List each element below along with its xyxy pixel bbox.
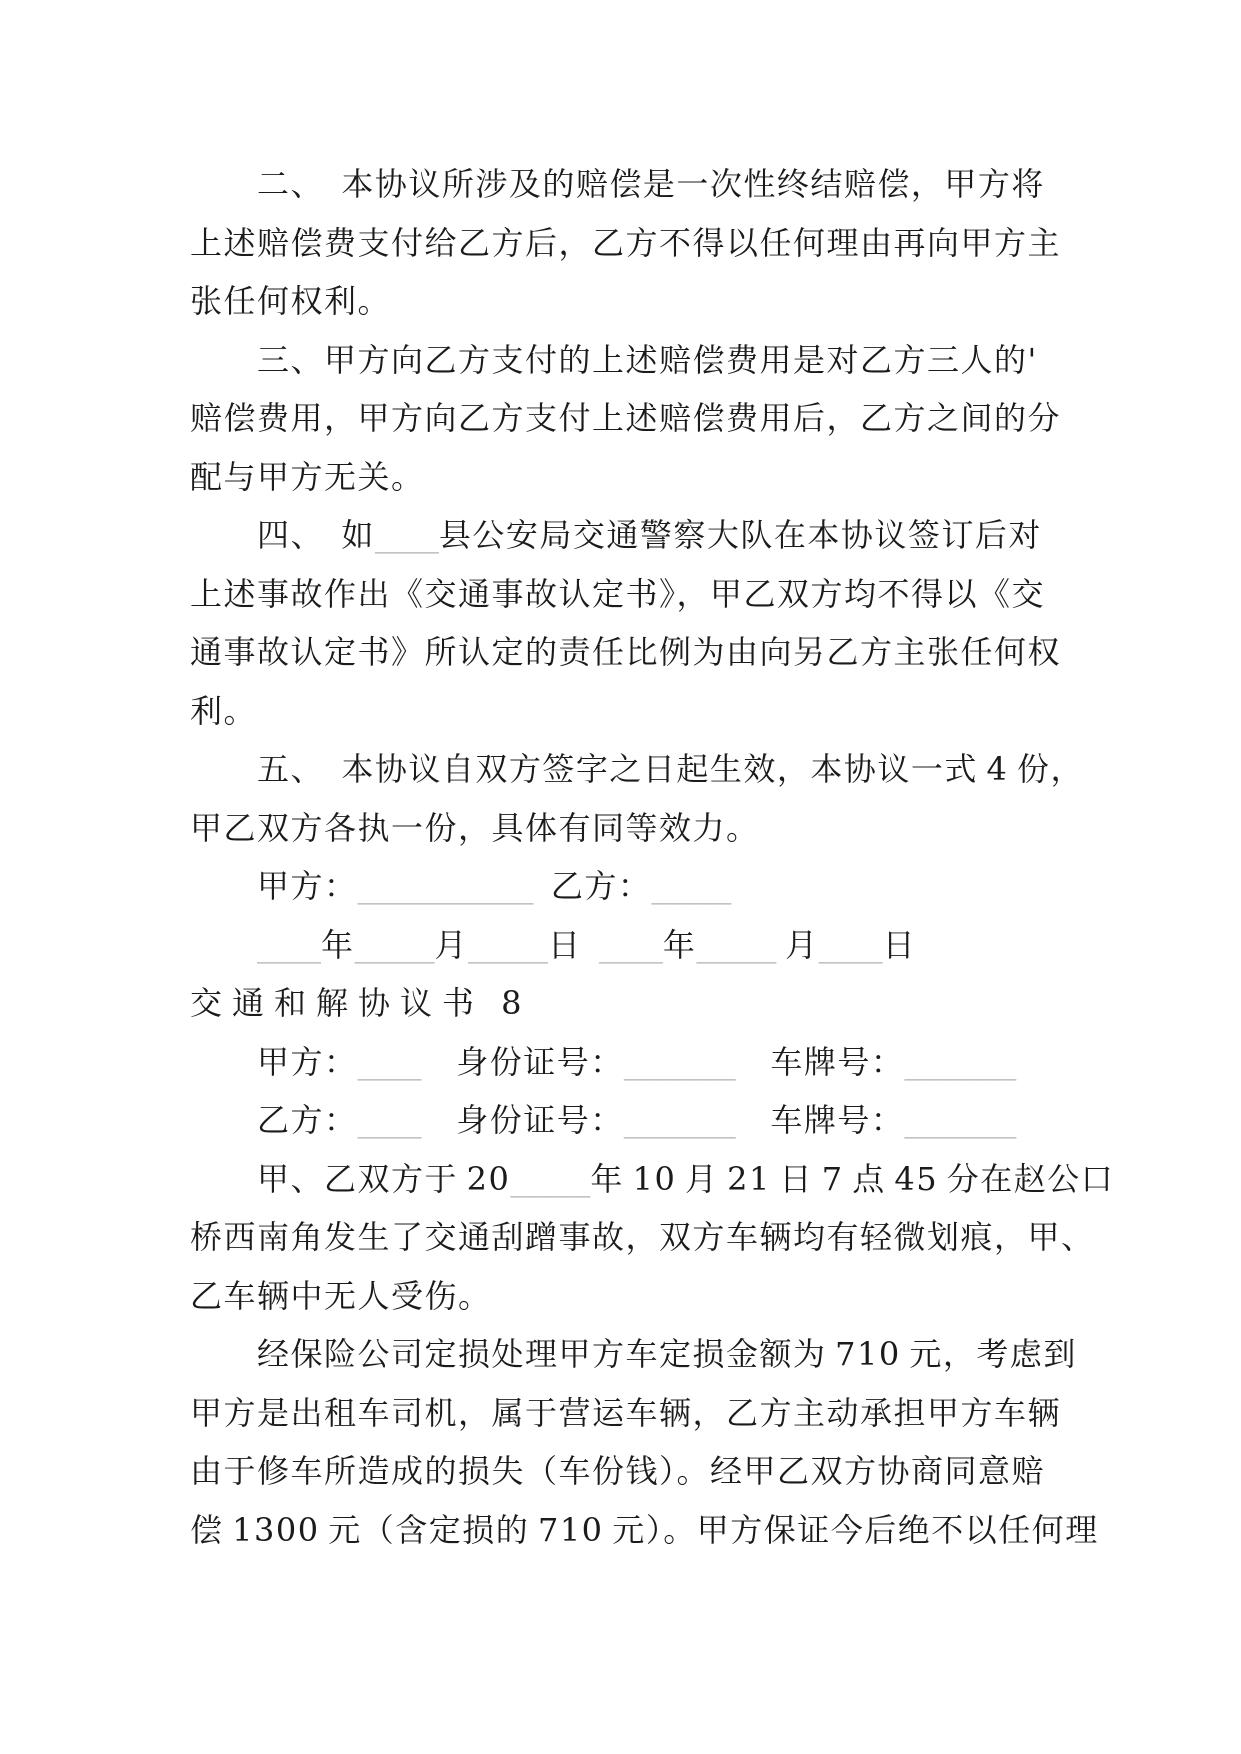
text-segment: 月 (435, 926, 469, 964)
text-segment: 乙方： (257, 1101, 358, 1139)
text-segment: 桥西南角发生了交通刮蹭事故，双方车辆均有轻微划痕，甲、 (190, 1218, 1095, 1256)
text-segment: 日 (883, 926, 917, 964)
text-segment: 五、 本协议自双方签字之日起生效，本协议一式 4 份， (257, 750, 1084, 788)
clause-five-line1: 五、 本协议自双方签字之日起生效，本协议一式 4 份， (190, 740, 1075, 799)
clause-two-line3: 张任何权利。 (190, 272, 1075, 331)
text-segment: 身份证号： (422, 1101, 624, 1139)
fill-in-blank: ____ (257, 926, 321, 964)
party-b-info-line: 乙方：____ 身份证号：_______ 车牌号：_______ (190, 1091, 1075, 1150)
clause-three-line3: 配与甲方无关。 (190, 448, 1075, 507)
clause-two-line2: 上述赔偿费支付给乙方后，乙方不得以任何理由再向甲方主 (190, 214, 1075, 273)
compensation-line4: 偿 1300 元（含定损的 710 元）。甲方保证今后绝不以任何理 (190, 1501, 1075, 1560)
section-title-line: 交通和解协议书 8 (190, 974, 1075, 1033)
compensation-line3: 由于修车所造成的损失（车份钱）。经甲乙双方协商同意赔 (190, 1442, 1075, 1501)
text-segment: 乙方： (534, 867, 652, 905)
text-segment: 月 (776, 926, 818, 964)
text-segment: 上述事故作出《交通事故认定书》，甲乙双方均不得以《交 (190, 575, 1045, 613)
fill-in-blank: _______ (624, 1043, 736, 1081)
clause-four-line2: 上述事故作出《交通事故认定书》，甲乙双方均不得以《交 (190, 565, 1075, 624)
text-segment: 由于修车所造成的损失（车份钱）。经甲乙双方协商同意赔 (190, 1452, 1045, 1490)
compensation-line1: 经保险公司定损处理甲方车定损金额为 710 元，考虑到 (190, 1325, 1075, 1384)
signature-line: 甲方：___________ 乙方：_____ (190, 857, 1075, 916)
text-segment: 三、甲方向乙方支付的上述赔偿费用是对乙方三人的' (257, 341, 1038, 379)
document-body: 二、 本协议所涉及的赔偿是一次性终结赔偿，甲方将上述赔偿费支付给乙方后，乙方不得… (190, 155, 1075, 1559)
clause-four-line4: 利。 (190, 682, 1075, 741)
date-line: ____年_____月_____日 ____年_____ 月____日 (190, 916, 1075, 975)
text-segment: 偿 1300 元（含定损的 710 元）。甲方保证今后绝不以任何理 (190, 1511, 1099, 1549)
text-segment: 上述赔偿费支付给乙方后，乙方不得以任何理由再向甲方主 (190, 224, 1061, 262)
text-segment: 车牌号： (736, 1101, 905, 1139)
text-segment: 张任何权利。 (190, 282, 391, 320)
clause-four-line3: 通事故认定书》所认定的责任比例为由向另乙方主张任何权 (190, 623, 1075, 682)
text-segment: 经保险公司定损处理甲方车定损金额为 710 元，考虑到 (257, 1335, 1077, 1373)
text-segment: 县公安局交通警察大队在本协议签订后对 (439, 516, 1042, 554)
fill-in-blank: ____ (599, 926, 663, 964)
clause-three-line1: 三、甲方向乙方支付的上述赔偿费用是对乙方三人的' (190, 331, 1075, 390)
compensation-line2: 甲方是出租车司机，属于营运车辆，乙方主动承担甲方车辆 (190, 1384, 1075, 1443)
fill-in-blank: _____ (696, 926, 776, 964)
text-segment: 年 (663, 926, 697, 964)
text-segment: 利。 (190, 692, 257, 730)
fill-in-blank: _____ (510, 1160, 590, 1198)
fill-in-blank: ____ (358, 1043, 422, 1081)
fill-in-blank: _______ (904, 1043, 1016, 1081)
fill-in-blank: ____ (358, 1101, 422, 1139)
fill-in-blank: _____ (651, 867, 731, 905)
text-segment: 四、 如 (257, 516, 375, 554)
fill-in-blank: ____ (819, 926, 883, 964)
fill-in-blank: _______ (904, 1101, 1016, 1139)
clause-three-line2: 赔偿费用，甲方向乙方支付上述赔偿费用后，乙方之间的分 (190, 389, 1075, 448)
text-segment: 日 (548, 926, 599, 964)
fill-in-blank: _____ (355, 926, 435, 964)
text-segment: 通事故认定书》所认定的责任比例为由向另乙方主张任何权 (190, 633, 1061, 671)
text-segment: 甲方： (257, 867, 358, 905)
document-page: 二、 本协议所涉及的赔偿是一次性终结赔偿，甲方将上述赔偿费支付给乙方后，乙方不得… (0, 0, 1241, 1754)
text-segment: 二、 本协议所涉及的赔偿是一次性终结赔偿，甲方将 (257, 165, 1045, 203)
text-segment: 甲、乙双方于 20 (257, 1160, 510, 1198)
fill-in-blank: _______ (624, 1101, 736, 1139)
clause-four-line1: 四、 如____县公安局交通警察大队在本协议签订后对 (190, 506, 1075, 565)
text-segment: 甲方是出租车司机，属于营运车辆，乙方主动承担甲方车辆 (190, 1394, 1061, 1432)
text-segment: 身份证号： (422, 1043, 624, 1081)
clause-five-line2: 甲乙双方各执一份，具体有同等效力。 (190, 799, 1075, 858)
text-segment: 甲乙双方各执一份，具体有同等效力。 (190, 809, 760, 847)
party-a-info-line: 甲方：____ 身份证号：_______ 车牌号：_______ (190, 1033, 1075, 1092)
accident-desc-line2: 桥西南角发生了交通刮蹭事故，双方车辆均有轻微划痕，甲、 (190, 1208, 1075, 1267)
text-segment: 乙车辆中无人受伤。 (190, 1277, 492, 1315)
text-segment: 交通和解协议书 8 (190, 984, 532, 1022)
text-segment: 车牌号： (736, 1043, 905, 1081)
fill-in-blank: ___________ (358, 867, 534, 905)
text-segment: 年 10 月 21 日 7 点 45 分在赵公口 (590, 1160, 1114, 1198)
text-segment: 配与甲方无关。 (190, 458, 425, 496)
accident-desc-line3: 乙车辆中无人受伤。 (190, 1267, 1075, 1326)
text-segment: 赔偿费用，甲方向乙方支付上述赔偿费用后，乙方之间的分 (190, 399, 1061, 437)
fill-in-blank: ____ (375, 516, 439, 554)
accident-desc-line1: 甲、乙双方于 20_____年 10 月 21 日 7 点 45 分在赵公口 (190, 1150, 1075, 1209)
text-segment: 年 (321, 926, 355, 964)
clause-two-line1: 二、 本协议所涉及的赔偿是一次性终结赔偿，甲方将 (190, 155, 1075, 214)
text-segment: 甲方： (257, 1043, 358, 1081)
fill-in-blank: _____ (468, 926, 548, 964)
